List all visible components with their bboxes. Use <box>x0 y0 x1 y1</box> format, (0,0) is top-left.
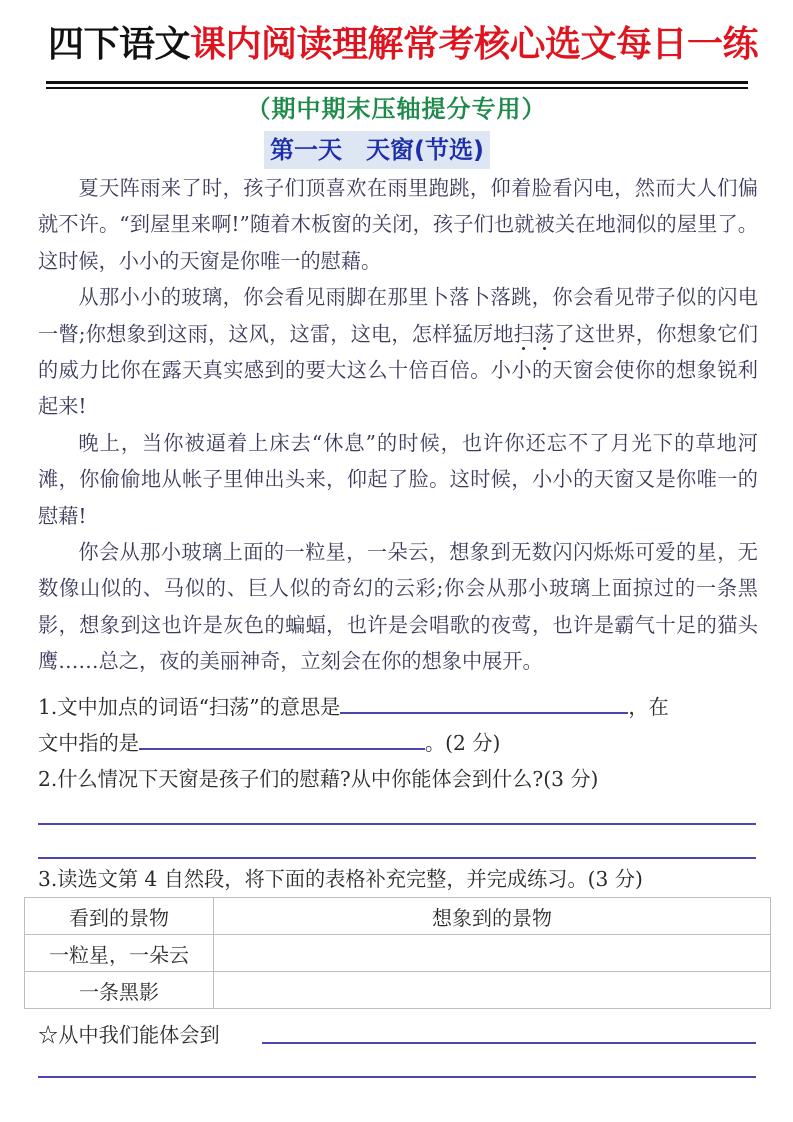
paragraph-3: 晚上，当你被逼着上床去“休息”的时候，也许你还忘不了月光下的草地河滩，你偷偷地从… <box>38 425 758 534</box>
title-rule-thin <box>46 87 748 89</box>
paragraph-2: 从那小小的玻璃，你会看见雨脚在那里卜落卜落跳，你会看见带子似的闪电一瞥;你想象到… <box>38 279 758 425</box>
answer-line-q2-2[interactable] <box>38 857 756 859</box>
answer-line-q2-1[interactable] <box>38 823 756 825</box>
seen-cell: 一粒星，一朵云 <box>25 935 214 972</box>
header-imagined: 想象到的景物 <box>214 898 771 935</box>
reading-passage: 夏天阵雨来了时，孩子们顶喜欢在雨里跑跳，仰着脸看闪电，然而大人们偏就不许。“到屋… <box>38 170 758 680</box>
subtitle: （期中期末压轴提分专用） <box>0 92 793 126</box>
answer-line-q3-1[interactable] <box>262 1042 756 1044</box>
star-icon: ☆从中我们能体会到 <box>38 1023 220 1047</box>
header-seen: 看到的景物 <box>25 898 214 935</box>
day-title: 第一天 天窗(节选) <box>264 131 490 169</box>
question-2: 2.什么情况下天窗是孩子们的慰藉?从中你能体会到什么?(3 分) <box>38 762 598 796</box>
question-1-line-1: 1.文中加点的词语“扫荡”的意思是，在 <box>38 690 669 724</box>
table-row: 一粒星，一朵云 <box>25 935 771 972</box>
table-row: 一条黑影 <box>25 972 771 1009</box>
question-3: 3.读选文第 4 自然段，将下面的表格补充完整，并完成练习。(3 分) <box>38 862 643 896</box>
answer-blank-q1-reference[interactable] <box>139 726 425 750</box>
question-1-line-2: 文中指的是。(2 分) <box>38 726 500 760</box>
scenery-table: 看到的景物 想象到的景物 一粒星，一朵云 一条黑影 <box>24 897 771 1009</box>
title-topic: 课内阅读理解常考核心选文每日一练 <box>190 24 758 65</box>
answer-blank-q1-meaning[interactable] <box>340 690 628 714</box>
question-3-prompt: ☆从中我们能体会到 <box>38 1018 220 1052</box>
dotted-char: 荡 <box>534 322 554 346</box>
table-header-row: 看到的景物 想象到的景物 <box>25 898 771 935</box>
answer-line-q3-2[interactable] <box>38 1076 756 1078</box>
title-grade-subject: 四下语文 <box>48 24 190 65</box>
seen-cell: 一条黑影 <box>25 972 214 1009</box>
title-rule-thick <box>46 81 748 84</box>
paragraph-4: 你会从那小玻璃上面的一粒星，一朵云，想象到无数闪闪烁烁可爱的星，无数像山似的、马… <box>38 534 758 680</box>
dotted-char: 扫 <box>514 322 534 346</box>
worksheet-title: 四下语文课内阅读理解常考核心选文每日一练 <box>48 20 748 70</box>
imagined-answer-cell[interactable] <box>214 935 771 972</box>
imagined-answer-cell[interactable] <box>214 972 771 1009</box>
paragraph-1: 夏天阵雨来了时，孩子们顶喜欢在雨里跑跳，仰着脸看闪电，然而大人们偏就不许。“到屋… <box>38 170 758 279</box>
